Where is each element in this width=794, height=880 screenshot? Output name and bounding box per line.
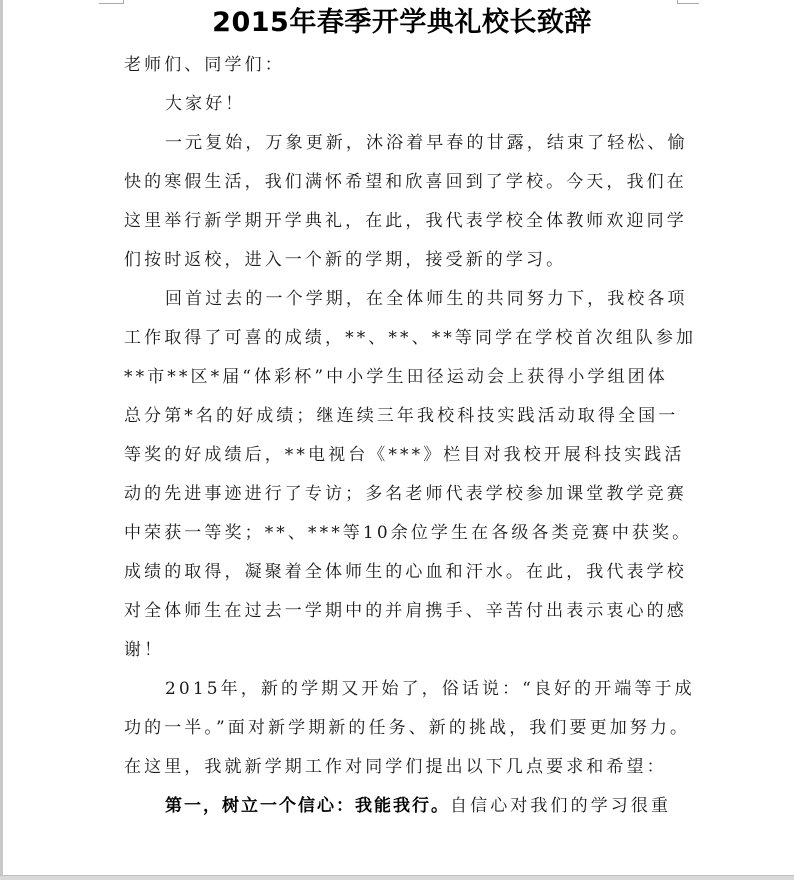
margin-crop-mark-right xyxy=(677,0,699,4)
greeting-line: 大家好！ xyxy=(124,85,680,124)
text-line: 在这里，我就新学期工作对同学们提出以下几点要求和希望： xyxy=(124,748,680,787)
text-line: 一元复始，万象更新，沐浴着早春的甘露，结束了轻松、愉 xyxy=(124,124,680,163)
paragraph-3: 2015年，新的学期又开始了，俗话说：“良好的开端等于成 功的一半。”面对新学期… xyxy=(124,670,680,787)
text-line: 动的先进事迹进行了专访；多名老师代表学校参加课堂教学竞赛 xyxy=(124,475,680,514)
text-line: 这里举行新学期开学典礼，在此，我代表学校全体教师欢迎同学 xyxy=(124,202,680,241)
text-line: 对全体师生在过去一学期中的并肩携手、辛苦付出表示衷心的感 xyxy=(124,592,680,631)
document-page: 2015年春季开学典礼校长致辞 老师们、同学们： 大家好！ 一元复始，万象更新，… xyxy=(124,0,680,826)
salutation: 老师们、同学们： xyxy=(124,46,680,85)
margin-crop-mark-left xyxy=(99,0,124,4)
salutation-line: 老师们、同学们： xyxy=(124,46,680,85)
bottom-window-edge xyxy=(0,875,794,880)
text-line: 工作取得了可喜的成绩，**、**、**等同学在学校首次组队参加 xyxy=(124,319,680,358)
paragraph-2: 回首过去的一个学期，在全体师生的共同努力下，我校各项 工作取得了可喜的成绩，**… xyxy=(124,280,680,670)
text-line: 们按时返校，进入一个新的学期，接受新的学习。 xyxy=(124,241,680,280)
text-line: 谢！ xyxy=(124,631,680,670)
left-window-edge xyxy=(0,0,3,880)
greeting: 大家好！ xyxy=(124,85,680,124)
text-line: 总分第*名的好成绩；继连续三年我校科技实践活动取得全国一 xyxy=(124,397,680,436)
document-title: 2015年春季开学典礼校长致辞 xyxy=(124,6,680,40)
text-line: 等奖的好成绩后，**电视台《***》栏目对我校开展科技实践活 xyxy=(124,436,680,475)
paragraph-1: 一元复始，万象更新，沐浴着早春的甘露，结束了轻松、愉 快的寒假生活，我们满怀希望… xyxy=(124,124,680,280)
text-line: 回首过去的一个学期，在全体师生的共同努力下，我校各项 xyxy=(124,280,680,319)
paragraph-4: 第一，树立一个信心：我能我行。自信心对我们的学习很重 xyxy=(124,787,680,826)
text-line: 功的一半。”面对新学期新的任务、新的挑战，我们要更加努力。 xyxy=(124,709,680,748)
text-continuation: 自信心对我们的学习很重 xyxy=(450,796,671,816)
text-line: 快的寒假生活，我们满怀希望和欣喜回到了学校。今天，我们在 xyxy=(124,163,680,202)
text-line: **市**区*届“体彩杯”中小学生田径运动会上获得小学组团体 xyxy=(124,358,680,397)
text-line: 中荣获一等奖；**、***等10余位学生在各级各类竞赛中获奖。 xyxy=(124,514,680,553)
bold-heading: 第一，树立一个信心：我能我行。 xyxy=(165,796,450,816)
text-line: 成绩的取得，凝聚着全体师生的心血和汗水。在此，我代表学校 xyxy=(124,553,680,592)
text-line: 第一，树立一个信心：我能我行。自信心对我们的学习很重 xyxy=(124,787,680,826)
text-line: 2015年，新的学期又开始了，俗话说：“良好的开端等于成 xyxy=(124,670,680,709)
